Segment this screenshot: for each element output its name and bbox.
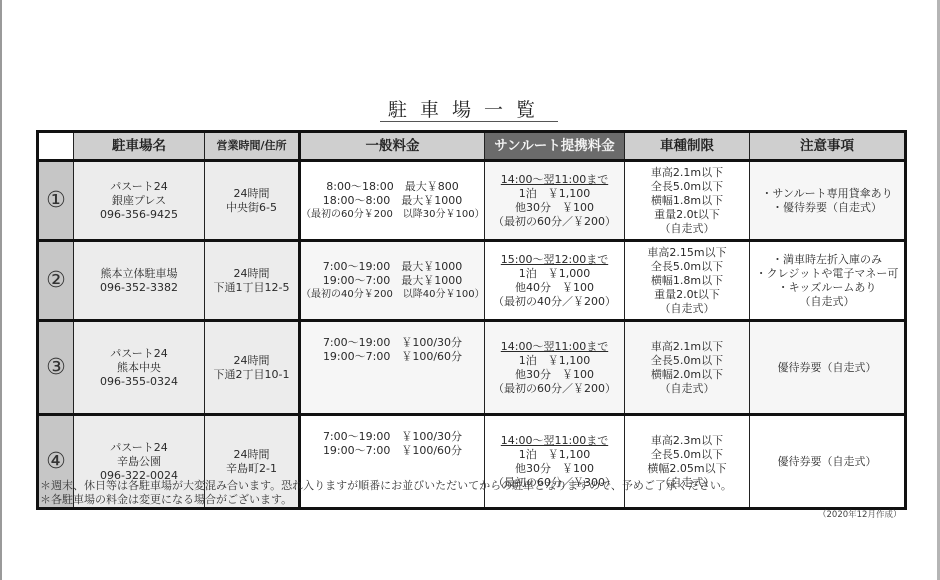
fee-line: 8:00～18:00 最大￥800 [301, 180, 484, 194]
table-row: ① パスート24 銀座プレス 096-356-9425 24時間 中央街6-5 … [38, 161, 906, 241]
lot-phone: 096-352-3382 [74, 281, 204, 295]
lot-name: パスート24 [74, 347, 204, 361]
fee-line: 19:00～7:00 ￥100/60分 [301, 350, 484, 364]
header-general-fee: 一般料金 [300, 132, 485, 161]
header-hours-address: 営業時間/住所 [205, 132, 300, 161]
fee-line: （最初の60分￥200 以降30分￥100） [301, 208, 484, 222]
lot-name: パスート24 [74, 180, 204, 194]
address: 中央街6-5 [205, 201, 298, 215]
fee-line: 7:00～19:00 最大￥1000 [301, 260, 484, 274]
limit-line: 車高2.15m以下 [625, 246, 749, 260]
limit-line: 横幅2.05m以下 [625, 462, 749, 476]
lot-name: 熊本立体駐車場 [74, 267, 204, 281]
sunroute-period: 14:00～翌11:00まで [485, 434, 624, 448]
header-number [38, 132, 74, 161]
general-fee-cell: 8:00～18:00 最大￥800 18:00～8:00 最大￥1000 （最初… [300, 161, 485, 241]
vehicle-limits-cell: 車高2.15m以下 全長5.0m以下 横幅1.8m以下 重量2.0t以下 （自走… [625, 241, 750, 321]
lot-name-cell: パスート24 熊本中央 096-355-0324 [74, 321, 205, 415]
lot-phone: 096-355-0324 [74, 375, 204, 389]
hours: 24時間 [205, 354, 298, 368]
fee-line: 7:00～19:00 ￥100/30分 [301, 430, 484, 444]
lot-name-cell: パスート24 銀座プレス 096-356-9425 [74, 161, 205, 241]
notes-cell: ・サンルート専用貸傘あり ・優待券要（自走式） [750, 161, 906, 241]
lot-name: 銀座プレス [74, 194, 204, 208]
sunroute-line: 1泊 ￥1,100 [485, 187, 624, 201]
limit-line: 横幅1.8m以下 [625, 274, 749, 288]
lot-phone: 096-356-9425 [74, 208, 204, 222]
vehicle-limits-cell: 車高2.1m以下 全長5.0m以下 横幅1.8m以下 重量2.0t以下 （自走式… [625, 161, 750, 241]
fee-line: 19:00～7:00 ￥100/60分 [301, 444, 484, 458]
sunroute-period: 14:00～翌11:00まで [485, 173, 624, 187]
sunroute-fee-cell: 14:00～翌11:00まで 1泊 ￥1,100 他30分 ￥100 （最初の6… [485, 321, 625, 415]
hours-address-cell: 24時間 下通2丁目10-1 [205, 321, 300, 415]
limit-line: 全長5.0m以下 [625, 180, 749, 194]
address: 下通2丁目10-1 [205, 368, 298, 382]
created-date: （2020年12月作成） [818, 508, 901, 520]
sunroute-line: 1泊 ￥1,000 [485, 267, 624, 281]
limit-line: 全長5.0m以下 [625, 448, 749, 462]
address: 下通1丁目12-5 [205, 281, 298, 295]
header-name: 駐車場名 [74, 132, 205, 161]
sunroute-period: 14:00～翌11:00まで [485, 340, 624, 354]
sunroute-line: 他30分 ￥100 [485, 462, 624, 476]
limit-line: 車高2.1m以下 [625, 166, 749, 180]
header-sunroute-fee: サンルート提携料金 [485, 132, 625, 161]
sunroute-period: 15:00～翌12:00まで [485, 253, 624, 267]
lot-name-cell: 熊本立体駐車場 096-352-3382 [74, 241, 205, 321]
hours: 24時間 [205, 187, 298, 201]
address: 辛島町2-1 [205, 462, 298, 476]
vehicle-limits-cell: 車高2.1m以下 全長5.0m以下 横幅2.0m以下 （自走式） [625, 321, 750, 415]
footnote: ＊週末、休日等は各駐車場が大変混み合います。恐れ入りますが順番にお並びいただいて… [40, 479, 732, 493]
header-row: 駐車場名 営業時間/住所 一般料金 サンルート提携料金 車種制限 注意事項 [38, 132, 906, 161]
header-notes: 注意事項 [750, 132, 906, 161]
note-line: 優待券要（自走式） [750, 361, 904, 375]
lot-name: パスート24 [74, 441, 204, 455]
table-row: ② 熊本立体駐車場 096-352-3382 24時間 下通1丁目12-5 7:… [38, 241, 906, 321]
notes-cell: 優待券要（自走式） [750, 415, 906, 509]
limit-line: 車高2.1m以下 [625, 340, 749, 354]
note-line: （自走式） [750, 295, 904, 309]
lot-name: 熊本中央 [74, 361, 204, 375]
fee-line: 19:00～7:00 最大￥1000 [301, 274, 484, 288]
note-line: ・サンルート専用貸傘あり [750, 187, 904, 201]
sunroute-line: （最初の60分／￥200） [485, 215, 624, 229]
fee-line: （最初の40分￥200 以降40分￥100） [301, 288, 484, 302]
sunroute-line: 1泊 ￥1,100 [485, 354, 624, 368]
parking-table: 駐車場名 営業時間/住所 一般料金 サンルート提携料金 車種制限 注意事項 ① … [36, 130, 907, 510]
limit-line: （自走式） [625, 382, 749, 396]
sunroute-line: 1泊 ￥1,100 [485, 448, 624, 462]
limit-line: （自走式） [625, 302, 749, 316]
fee-line: 7:00～19:00 ￥100/30分 [301, 336, 484, 350]
note-line: ・キッズルームあり [750, 281, 904, 295]
limit-line: 全長5.0m以下 [625, 354, 749, 368]
note-line: 優待券要（自走式） [750, 455, 904, 469]
table-row: ③ パスート24 熊本中央 096-355-0324 24時間 下通2丁目10-… [38, 321, 906, 415]
footnotes: ＊週末、休日等は各駐車場が大変混み合います。恐れ入りますが順番にお並びいただいて… [40, 479, 732, 507]
footnote: ＊各駐車場の料金は変更になる場合がございます。 [40, 493, 732, 507]
sunroute-line: （最初の60分／￥200） [485, 382, 624, 396]
title-underline [380, 121, 558, 122]
sunroute-fee-cell: 15:00～翌12:00まで 1泊 ￥1,000 他40分 ￥100 （最初の4… [485, 241, 625, 321]
note-line: ・クレジットや電子マネー可 [750, 267, 904, 281]
sunroute-line: 他40分 ￥100 [485, 281, 624, 295]
row-number: ② [38, 241, 74, 321]
limit-line: 横幅2.0m以下 [625, 368, 749, 382]
fee-line: 18:00～8:00 最大￥1000 [301, 194, 484, 208]
row-number: ① [38, 161, 74, 241]
limit-line: （自走式） [625, 222, 749, 236]
hours: 24時間 [205, 448, 298, 462]
limit-line: 重量2.0t以下 [625, 288, 749, 302]
sunroute-fee-cell: 14:00～翌11:00まで 1泊 ￥1,100 他30分 ￥100 （最初の6… [485, 161, 625, 241]
note-line: ・満車時左折入庫のみ [750, 253, 904, 267]
limit-line: 重量2.0t以下 [625, 208, 749, 222]
hours: 24時間 [205, 267, 298, 281]
limit-line: 車高2.3m以下 [625, 434, 749, 448]
hours-address-cell: 24時間 中央街6-5 [205, 161, 300, 241]
sunroute-line: 他30分 ￥100 [485, 201, 624, 215]
note-line: ・優待券要（自走式） [750, 201, 904, 215]
limit-line: 横幅1.8m以下 [625, 194, 749, 208]
hours-address-cell: 24時間 下通1丁目12-5 [205, 241, 300, 321]
row-number: ③ [38, 321, 74, 415]
notes-cell: ・満車時左折入庫のみ ・クレジットや電子マネー可 ・キッズルームあり （自走式） [750, 241, 906, 321]
general-fee-cell: 7:00～19:00 ￥100/30分 19:00～7:00 ￥100/60分 [300, 321, 485, 415]
page-title: 駐車場一覧 [368, 95, 568, 122]
header-vehicle-limits: 車種制限 [625, 132, 750, 161]
sunroute-line: （最初の40分／￥200） [485, 295, 624, 309]
notes-cell: 優待券要（自走式） [750, 321, 906, 415]
lot-name: 辛島公園 [74, 455, 204, 469]
sunroute-line: 他30分 ￥100 [485, 368, 624, 382]
limit-line: 全長5.0m以下 [625, 260, 749, 274]
general-fee-cell: 7:00～19:00 最大￥1000 19:00～7:00 最大￥1000 （最… [300, 241, 485, 321]
page-edge-left [0, 0, 2, 580]
